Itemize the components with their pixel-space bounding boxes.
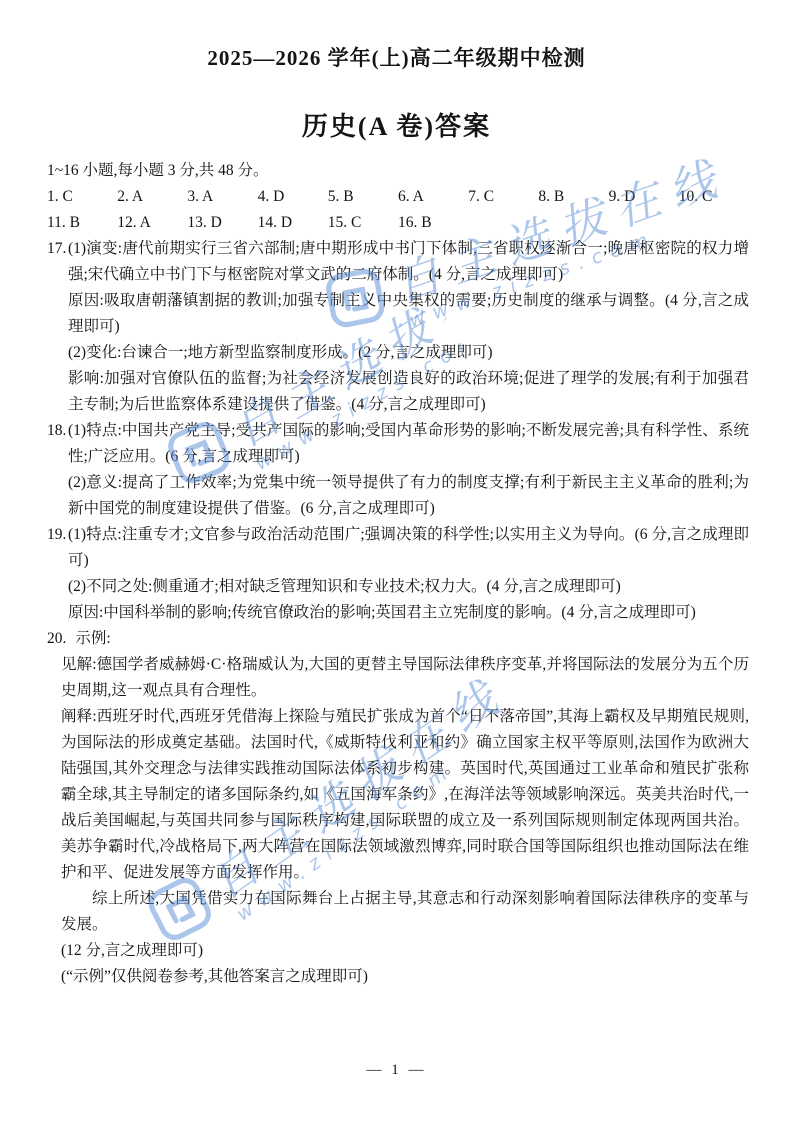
example-label: 示例: xyxy=(75,626,110,652)
exam-title: 2025—2026 学年(上)高二年级期中检测 xyxy=(0,42,793,72)
question-17-answer: 17. (1)演变:唐代前期实行三省六部制;唐中期形成中书门下体制,三省职权逐渐… xyxy=(47,236,749,418)
answer-sheet-page: 自主选拔在线 www.zizzs.com 自主选拔在线 www.zizzs.co… xyxy=(0,0,793,1123)
answer-paragraph: 原因:吸取唐朝藩镇割据的教训;加强专制主义中央集权的需要;历史制度的继承与调整。… xyxy=(68,288,749,340)
choice-answer: 12. A xyxy=(117,210,187,236)
choice-answer: 16. B xyxy=(398,210,468,236)
answer-paragraph: 原因:中国科举制的影响;传统官僚政治的影响;英国君主立宪制度的影响。(4 分,言… xyxy=(68,600,749,626)
choice-answer: 7. C xyxy=(468,184,538,210)
answer-paragraph: (2)变化:台谏合一;地方新型监察制度形成。(2 分,言之成理即可) xyxy=(68,340,749,366)
choice-answer: 1. C xyxy=(47,184,117,210)
question-20-heading: 20. 示例: xyxy=(47,626,749,652)
answer-paragraph: 阐释:西班牙时代,西班牙凭借海上探险与殖民扩张成为首个“日不落帝国”,其海上霸权… xyxy=(61,704,749,886)
choice-answer: 8. B xyxy=(538,184,608,210)
choice-answer: 11. B xyxy=(47,210,117,236)
answer-paragraph: 影响:加强对官僚队伍的监督;为社会经济发展创造良好的政治环境;促进了理学的发展;… xyxy=(68,366,749,418)
choice-answer: 14. D xyxy=(258,210,328,236)
question-20-body: 见解:德国学者威赫姆·C·格瑞威认为,大国的更替主导国际法律秩序变革,并将国际法… xyxy=(47,652,749,990)
answer-paragraph: (1)演变:唐代前期实行三省六部制;唐中期形成中书门下体制,三省职权逐渐合一;晚… xyxy=(68,236,749,288)
answer-paragraph: 综上所述,大国凭借实力在国际舞台上占据主导,其意志和行动深刻影响着国际法律秩序的… xyxy=(61,886,749,938)
choice-answer: 9. D xyxy=(609,184,679,210)
answer-paragraph: (2)意义:提高了工作效率;为党集中统一领导提供了有力的制度支撑;有利于新民主主… xyxy=(68,470,749,522)
scoring-note: 1~16 小题,每小题 3 分,共 48 分。 xyxy=(47,158,749,184)
question-20-answer: 20. 示例: 见解:德国学者威赫姆·C·格瑞威认为,大国的更替主导国际法律秩序… xyxy=(47,626,749,990)
answer-paragraph: 见解:德国学者威赫姆·C·格瑞威认为,大国的更替主导国际法律秩序变革,并将国际法… xyxy=(61,652,749,704)
question-18-answer: 18. (1)特点:中国共产党主导;受共产国际的影响;受国内革命形势的影响;不断… xyxy=(47,418,749,522)
choice-answer: 5. B xyxy=(328,184,398,210)
question-number: 17. xyxy=(47,236,66,262)
score-note: (12 分,言之成理即可) xyxy=(61,938,749,964)
question-number: 18. xyxy=(47,418,66,444)
choice-answer: 2. A xyxy=(117,184,187,210)
choice-answer: 15. C xyxy=(328,210,398,236)
choice-answer: 10. C xyxy=(679,184,749,210)
question-number: 20. xyxy=(47,626,66,652)
answer-paragraph: (2)不同之处:侧重通才;相对缺乏管理知识和专业技术;权力大。(4 分,言之成理… xyxy=(68,574,749,600)
question-19-answer: 19. (1)特点:注重专才;文官参与政治活动范围广;强调决策的科学性;以实用主… xyxy=(47,522,749,626)
page-number: — 1 — xyxy=(0,1062,793,1079)
choice-answer: 3. A xyxy=(187,184,257,210)
paper-answer-title: 历史(A 卷)答案 xyxy=(0,106,793,143)
choice-answers-grid: 1. C 2. A 3. A 4. D 5. B 6. A 7. C 8. B … xyxy=(47,184,749,236)
grading-note: (“示例”仅供阅卷参考,其他答案言之成理即可) xyxy=(61,964,749,990)
answer-paragraph: (1)特点:中国共产党主导;受共产国际的影响;受国内革命形势的影响;不断发展完善… xyxy=(68,418,749,470)
choice-answer: 13. D xyxy=(187,210,257,236)
answer-paragraph: (1)特点:注重专才;文官参与政治活动范围广;强调决策的科学性;以实用主义为导向… xyxy=(68,522,749,574)
question-number: 19. xyxy=(47,522,66,548)
choice-answer: 4. D xyxy=(258,184,328,210)
answer-content: 1~16 小题,每小题 3 分,共 48 分。 1. C 2. A 3. A 4… xyxy=(47,158,749,990)
choice-answer: 6. A xyxy=(398,184,468,210)
